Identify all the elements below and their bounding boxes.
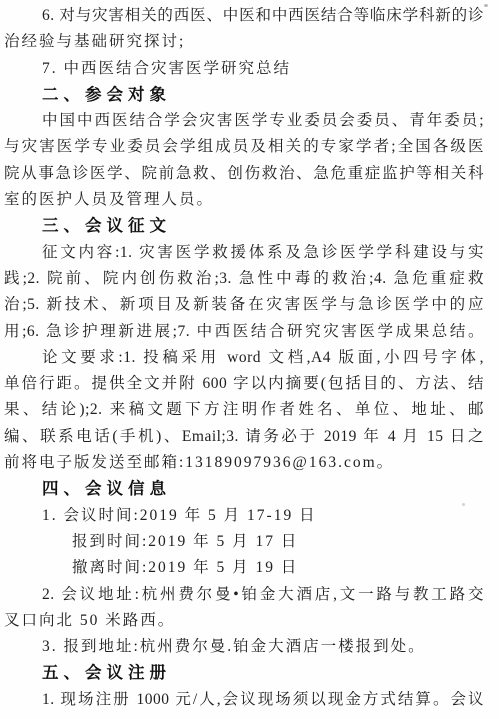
section-heading: 二、参会对象 — [4, 82, 484, 108]
text-line: 2. 会议地址:杭州费尔曼•铂金大酒店,文一路与教工路交 — [4, 582, 484, 608]
text-line: 征文内容:1. 灾害医学救援体系及急诊医学学科建设与实 — [4, 240, 484, 266]
text-line: 3. 报到地址:杭州费尔曼.铂金大酒店一楼报到处。 — [4, 634, 484, 660]
section-heading: 三、会议征文 — [4, 213, 484, 239]
text-line: 治;5. 新技术、新项目及新装备在灾害医学与急诊医学中的应 — [4, 292, 484, 318]
document-page: 6. 对与灾害相关的西医、中医和中西医结合等临床学科新的诊治经验与基础研究探讨;… — [0, 0, 499, 719]
text-line: 果、结论);2. 来稿文题下方注明作者姓名、单位、地址、邮 — [4, 397, 484, 423]
scan-speck — [462, 503, 465, 506]
text-line: 用;6. 急诊护理新进展;7. 中西医结合研究灾害医学成果总结。 — [4, 319, 484, 345]
section-heading: 五、会议注册 — [4, 660, 484, 686]
text-line: 编、联系电话(手机)、Email;3. 请务必于 2019 年 4 月 15 日… — [4, 424, 484, 450]
document-body: 6. 对与灾害相关的西医、中医和中西医结合等临床学科新的诊治经验与基础研究探讨;… — [4, 3, 495, 713]
scan-speck — [484, 4, 488, 7]
text-line: 论文要求:1. 投稿采用 word 文档,A4 版面,小四号字体, — [4, 345, 484, 371]
text-line: 撤离时间:2019 年 5 月 19 日 — [4, 555, 484, 581]
text-line: 6. 对与灾害相关的西医、中医和中西医结合等临床学科新的诊 — [4, 3, 484, 29]
text-line: 中国中西医结合学会灾害医学专业委员会委员、青年委员; — [4, 108, 484, 134]
text-line: 室的医护人员及管理人员。 — [4, 187, 484, 213]
text-line: 院从事急诊医学、院前急救、创伤救治、急危重症监护等相关科 — [4, 161, 484, 187]
text-line: 治经验与基础研究探讨; — [4, 29, 484, 55]
text-line: 叉口向北 50 米路西。 — [4, 608, 484, 634]
text-line: 单倍行距。提供全文并附 600 字以内摘要(包括目的、方法、结 — [4, 371, 484, 397]
text-line: 1. 现场注册 1000 元/人,会议现场须以现金方式结算。会议 — [4, 687, 484, 713]
text-line: 前将电子版发送至邮箱:13189097936@163.com。 — [4, 450, 484, 476]
section-heading: 四、会议信息 — [4, 476, 484, 502]
text-line: 报到时间:2019 年 5 月 17 日 — [4, 529, 484, 555]
text-line: 与灾害医学专业委员会学组成员及相关的专家学者;全国各级医 — [4, 134, 484, 160]
text-line: 践;2. 院前、院内创伤救治;3. 急性中毒的救治;4. 急危重症救 — [4, 266, 484, 292]
text-line: 7. 中西医结合灾害医学研究总结 — [4, 56, 484, 82]
text-line: 1. 会议时间:2019 年 5 月 17-19 日 — [4, 503, 484, 529]
